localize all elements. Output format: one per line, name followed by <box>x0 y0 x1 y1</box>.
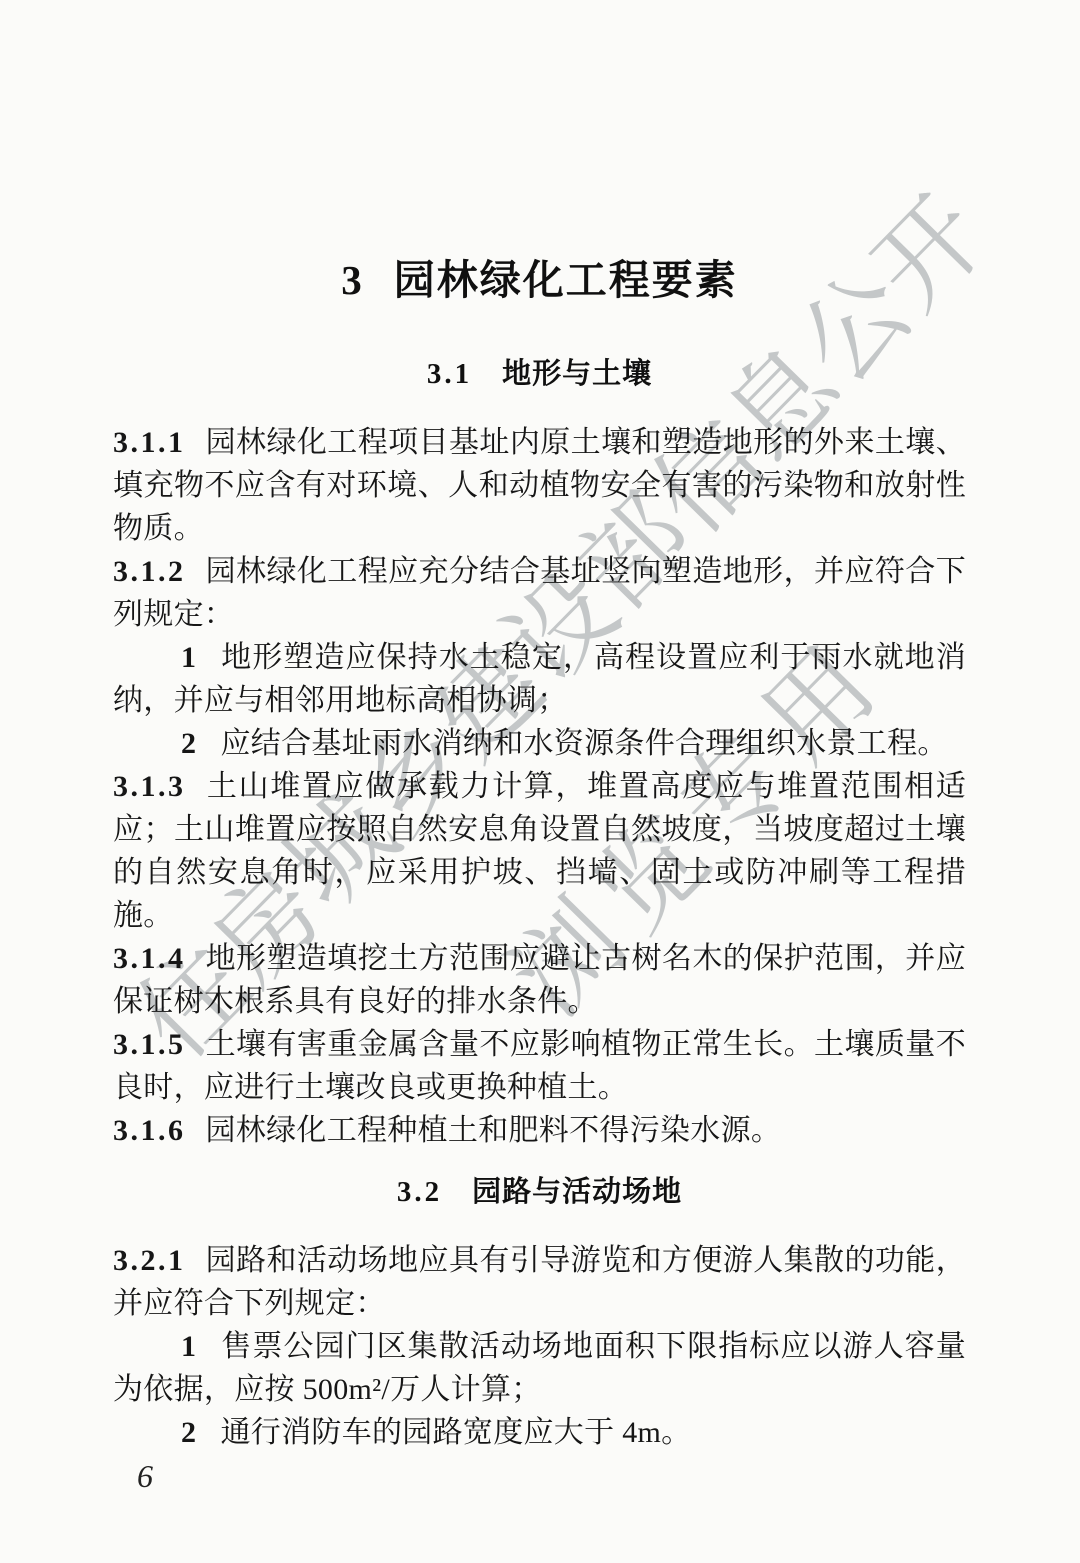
clause-paragraph: 3.1.4地形塑造填挖土方范围应避让古树名木的保护范围，并应保证树木根系具有良好… <box>113 937 966 1023</box>
clause-paragraph: 3.1.1园林绿化工程项目基址内原土壤和塑造地形的外来土壤、填充物不应含有对环境… <box>113 421 966 550</box>
item-text: 通行消防车的园路宽度应大于 4m。 <box>221 1416 692 1449</box>
page-number: 6 <box>137 1456 153 1496</box>
chapter-number: 3 <box>341 257 364 303</box>
section-number: 3.1 <box>427 358 472 390</box>
item-number: 2 <box>181 1416 199 1449</box>
clause-text: 园路和活动场地应具有引导游览和方便游人集散的功能，并应符合下列规定： <box>113 1244 966 1320</box>
list-item: 1售票公园门区集散活动场地面积下限指标应以游人容量为依据，应按 500m²/万人… <box>113 1325 966 1411</box>
section-heading: 3.1地形与土壤 <box>113 356 966 392</box>
clause-paragraph: 3.1.5土壤有害重金属含量不应影响植物正常生长。土壤质量不良时，应进行土壤改良… <box>113 1023 966 1109</box>
clause-number: 3.1.4 <box>113 942 186 975</box>
item-number: 1 <box>181 641 199 674</box>
clause-paragraph: 3.1.2园林绿化工程应充分结合基址竖向塑造地形，并应符合下列规定： <box>113 550 966 636</box>
clause-text: 园林绿化工程应充分结合基址竖向塑造地形，并应符合下列规定： <box>113 555 966 631</box>
clause-number: 3.1.3 <box>113 770 186 803</box>
list-item: 2通行消防车的园路宽度应大于 4m。 <box>113 1411 966 1454</box>
clause-text: 地形塑造填挖土方范围应避让古树名木的保护范围，并应保证树木根系具有良好的排水条件… <box>113 942 966 1018</box>
chapter-title: 3园林绿化工程要素 <box>113 254 966 306</box>
clause-number: 3.1.2 <box>113 555 186 588</box>
clause-text: 土山堆置应做承载力计算，堆置高度应与堆置范围相适应；土山堆置应按照自然安息角设置… <box>113 770 966 932</box>
clause-number: 3.1.6 <box>113 1114 186 1147</box>
clause-paragraph: 3.2.1园路和活动场地应具有引导游览和方便游人集散的功能，并应符合下列规定： <box>113 1239 966 1325</box>
clause-text: 园林绿化工程项目基址内原土壤和塑造地形的外来土壤、填充物不应含有对环境、人和动植… <box>113 426 966 545</box>
clause-paragraph: 3.1.3土山堆置应做承载力计算，堆置高度应与堆置范围相适应；土山堆置应按照自然… <box>113 765 966 937</box>
section-number: 3.2 <box>397 1176 442 1208</box>
chapter-title-text: 园林绿化工程要素 <box>394 257 738 303</box>
section-title-text: 园路与活动场地 <box>472 1176 682 1208</box>
clause-number: 3.1.5 <box>113 1028 186 1061</box>
item-text: 应结合基址雨水消纳和水资源条件合理组织水景工程。 <box>221 727 948 760</box>
clause-number: 3.1.1 <box>113 426 186 459</box>
clause-text: 园林绿化工程种植土和肥料不得污染水源。 <box>206 1114 782 1147</box>
item-text: 售票公园门区集散活动场地面积下限指标应以游人容量为依据，应按 500m²/万人计… <box>113 1330 966 1406</box>
clause-text: 土壤有害重金属含量不应影响植物正常生长。土壤质量不良时，应进行土壤改良或更换种植… <box>113 1028 966 1104</box>
list-item: 2应结合基址雨水消纳和水资源条件合理组织水景工程。 <box>113 722 966 765</box>
item-number: 2 <box>181 727 199 760</box>
section-heading: 3.2园路与活动场地 <box>113 1174 966 1210</box>
clause-number: 3.2.1 <box>113 1244 186 1277</box>
clause-paragraph: 3.1.6园林绿化工程种植土和肥料不得污染水源。 <box>113 1109 966 1152</box>
document-page: 住房城乡建设部信息公开 浏览专用 3园林绿化工程要素 3.1地形与土壤3.1.1… <box>0 0 1080 1563</box>
list-item: 1地形塑造应保持水土稳定，高程设置应利于雨水就地消纳，并应与相邻用地标高相协调； <box>113 636 966 722</box>
document-body: 3园林绿化工程要素 3.1地形与土壤3.1.1园林绿化工程项目基址内原土壤和塑造… <box>113 0 966 1454</box>
item-text: 地形塑造应保持水土稳定，高程设置应利于雨水就地消纳，并应与相邻用地标高相协调； <box>113 641 966 717</box>
item-number: 1 <box>181 1330 199 1363</box>
section-title-text: 地形与土壤 <box>502 358 652 390</box>
